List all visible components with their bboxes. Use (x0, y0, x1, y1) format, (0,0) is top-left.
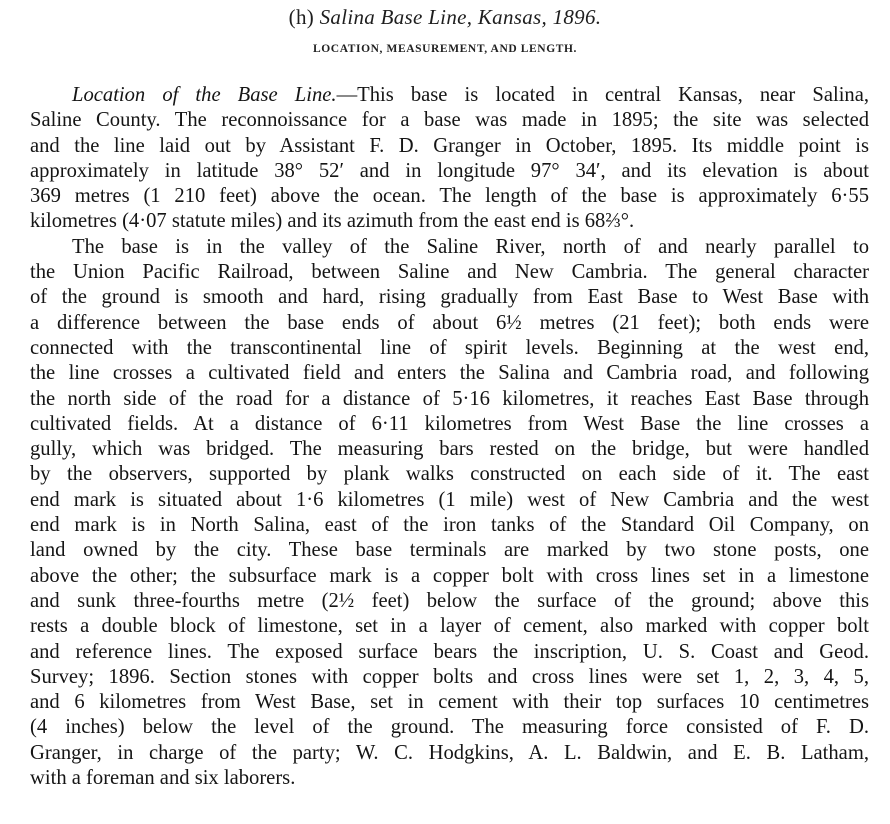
text-line: and reference lines. The exposed surface… (30, 640, 869, 665)
text-line: the Union Pacific Railroad, between Sali… (30, 260, 869, 285)
text-line: connected with the transcontinental line… (30, 336, 869, 361)
text-line: above the other; the subsurface mark is … (30, 564, 869, 589)
text-line: rests a double block of limestone, set i… (30, 614, 869, 639)
text-line: and sunk three-fourths metre (2½ feet) b… (30, 589, 869, 614)
text-line: 369 metres (1 210 feet) above the ocean.… (30, 184, 869, 209)
text-line: gully, which was bridged. The measuring … (30, 437, 869, 462)
text-line: by the observers, supported by plank wal… (30, 462, 869, 487)
text-line: the line crosses a cultivated field and … (30, 361, 869, 386)
text-line: Location of the Base Line.—This base is … (30, 83, 869, 108)
section-marker: (h) (289, 5, 314, 29)
text-line: kilometres (4·07 statute miles) and its … (30, 209, 869, 234)
text-line: Granger, in charge of the party; W. C. H… (30, 741, 869, 766)
text-line: end mark is in North Salina, east of the… (30, 513, 869, 538)
section-title-text: Salina Base Line, Kansas, 1896. (320, 5, 602, 29)
text-line: cultivated fields. At a distance of 6·11… (30, 412, 869, 437)
text-line: end mark is situated about 1·6 kilometre… (30, 488, 869, 513)
section-title: (h) Salina Base Line, Kansas, 1896. (0, 5, 890, 30)
paragraph-location: Location of the Base Line.—This base is … (30, 83, 869, 235)
text-line: (4 inches) below the level of the ground… (30, 715, 869, 740)
text-line: Survey; 1896. Section stones with copper… (30, 665, 869, 690)
paragraph-lead-heading: Location of the Base Line. (72, 84, 337, 106)
text-line: land owned by the city. These base termi… (30, 538, 869, 563)
text-line: The base is in the valley of the Saline … (30, 235, 869, 260)
body-text: Location of the Base Line.—This base is … (30, 83, 869, 791)
text-line: and the line laid out by Assistant F. D.… (30, 134, 869, 159)
text-line: approximately in latitude 38° 52′ and in… (30, 159, 869, 184)
paragraph-description: The base is in the valley of the Saline … (30, 235, 869, 792)
text-line: the north side of the road for a distanc… (30, 387, 869, 412)
document-page: (h) Salina Base Line, Kansas, 1896. LOCA… (0, 0, 890, 824)
section-subheading: LOCATION, MEASUREMENT, AND LENGTH. (0, 43, 890, 55)
text-line: a difference between the base ends of ab… (30, 311, 869, 336)
text-line: with a foreman and six laborers. (30, 766, 869, 791)
text-line: Saline County. The reconnoissance for a … (30, 108, 869, 133)
text-line: of the ground is smooth and hard, rising… (30, 285, 869, 310)
text-line: and 6 kilometres from West Base, set in … (30, 690, 869, 715)
